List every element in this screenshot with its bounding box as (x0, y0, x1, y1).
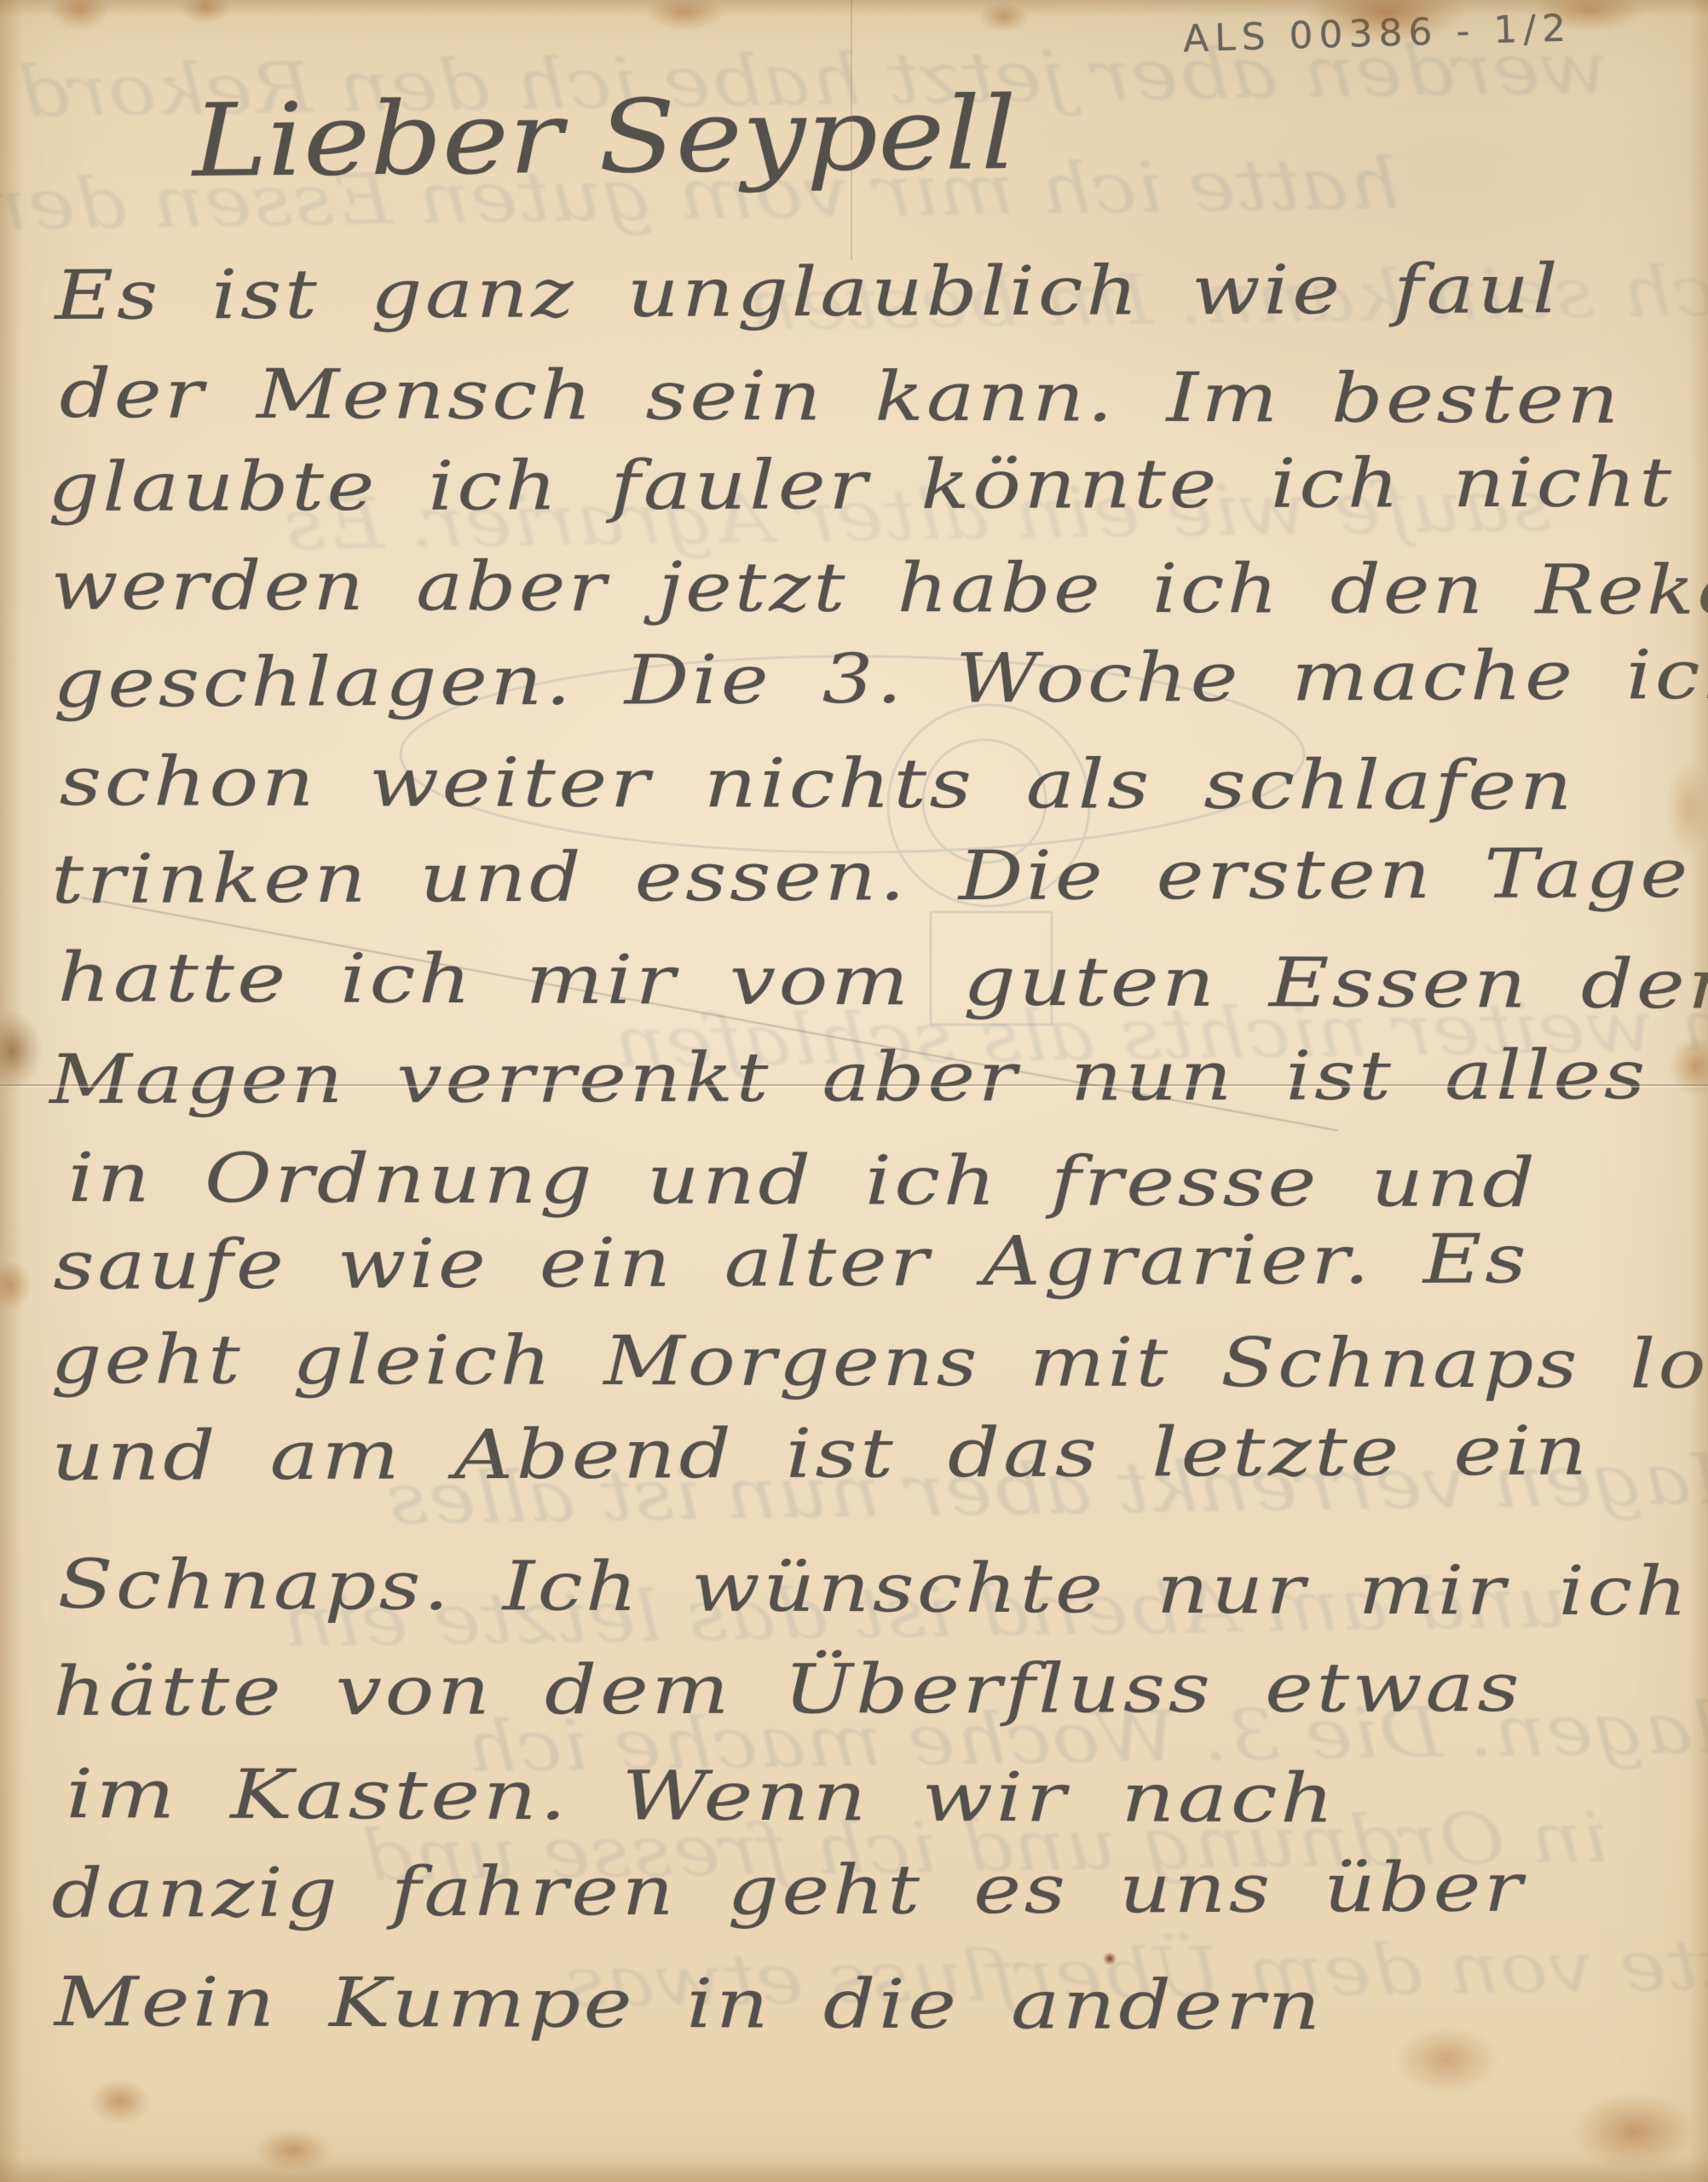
stain-spot (254, 2129, 332, 2172)
stain-spot (978, 2, 1030, 32)
letter-line: saufe wie ein alter Agrarier. Es (53, 1219, 1529, 1305)
stain-spot (0, 1260, 32, 1311)
letter-line: danzig fahren geht es uns über (51, 1847, 1526, 1933)
letter-line: der Mensch sein kann. Im besten (60, 354, 1622, 439)
letter-line: Schnaps. Ich wünschte nur mir ich (57, 1544, 1690, 1631)
stain-spot (0, 1010, 43, 1091)
letter-line: glaubte ich fauler könnte ich nicht (48, 442, 1675, 527)
letter-line: geht gleich Morgens mit Schnaps los (51, 1319, 1708, 1404)
letter-line: geschlagen. Die 3. Woche mache ich (53, 635, 1708, 723)
letter-line: Es ist ganz unglaublich wie faul (55, 249, 1561, 335)
letter-page: werden aber jetzt habe ich den Rekord ha… (0, 0, 1708, 2182)
fold-crease-horizontal (0, 1084, 1708, 1088)
letter-line: und am Abend ist das letzte ein (51, 1411, 1590, 1496)
fold-crease-vertical (851, 0, 852, 260)
salutation: Lieber Seypell (192, 74, 1018, 199)
letter-line: werden aber jetzt habe ich den Rekord (51, 545, 1708, 630)
letter-line: hatte ich mir vom guten Essen den (57, 938, 1708, 1025)
letter-line: in Ordnung und ich fresse und (68, 1138, 1538, 1222)
stain-spot (89, 2078, 151, 2125)
letter-line: schon weiter nichts als schlafen (60, 742, 1576, 825)
letter-line: Magen verrenkt aber nun ist alles (49, 1035, 1648, 1119)
stain-spot (181, 0, 230, 24)
letter-line: trinken und essen. Die ersten Tage (51, 834, 1691, 919)
letter-line: im Kasten. Wenn wir nach (66, 1754, 1337, 1838)
stain-spot (646, 0, 724, 31)
letter-line: hätte von dem Überfluss etwas (53, 1648, 1522, 1731)
stain-spot (1394, 2024, 1500, 2094)
stain-spot (1572, 2093, 1696, 2171)
stain-spot (49, 0, 109, 31)
letter-line: Mein Kumpe in die andern (55, 1962, 1324, 2045)
